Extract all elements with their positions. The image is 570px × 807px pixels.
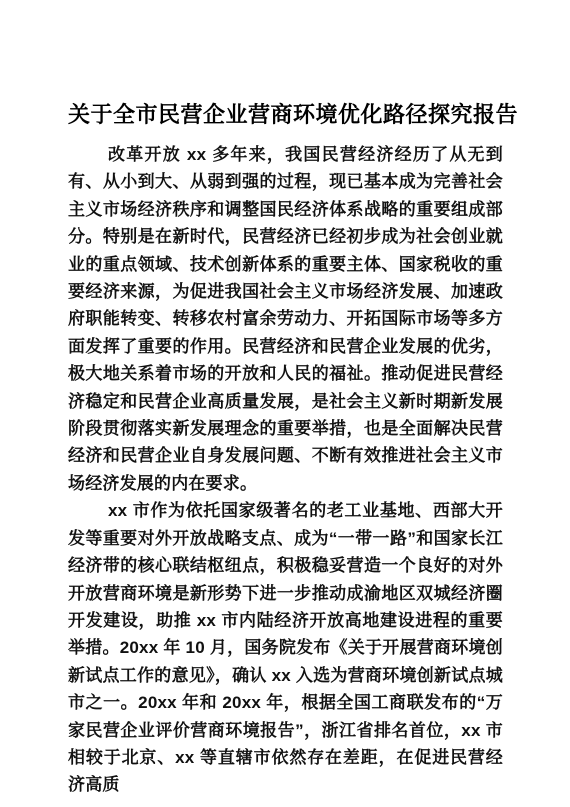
document-title: 关于全市民营企业营商环境优化路径探究报告: [68, 100, 503, 130]
paragraph-1: 改革开放 xx 多年来，我国民营经济经历了从无到有、从小到大、从弱到强的过程，现…: [68, 141, 503, 497]
paragraph-2: xx 市作为依托国家级著名的老工业基地、西部大开发等重要对外开放战略支点、成为“…: [68, 497, 503, 798]
document-page: 关于全市民营企业营商环境优化路径探究报告 改革开放 xx 多年来，我国民营经济经…: [0, 0, 570, 807]
